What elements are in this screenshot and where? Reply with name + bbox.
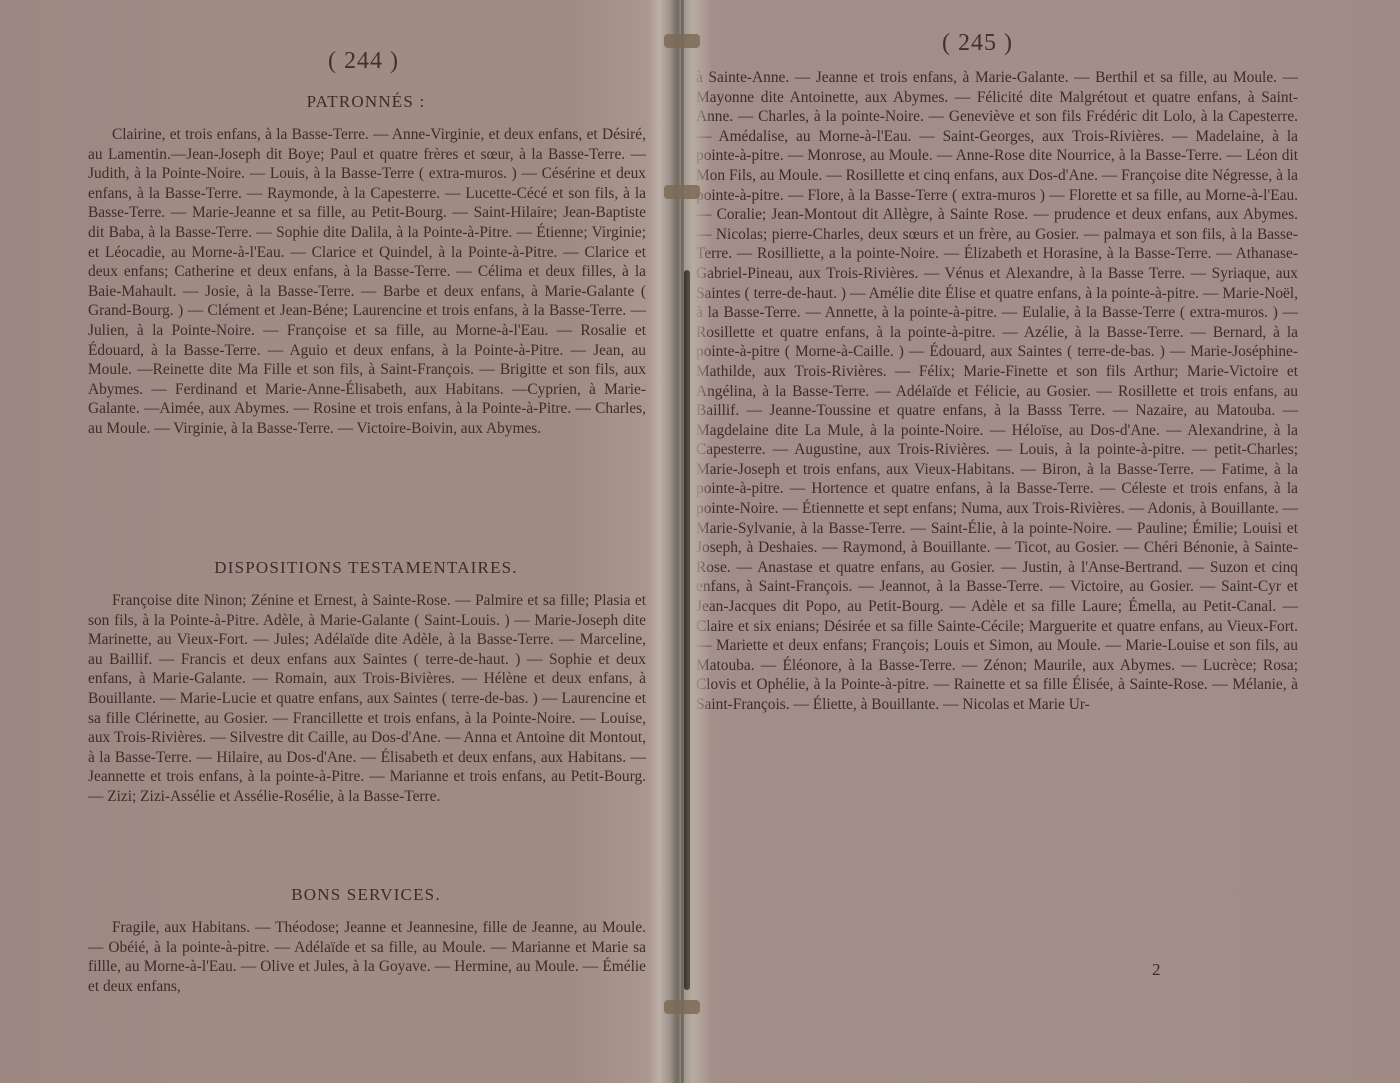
paragraph: Françoise dite Ninon; Zénine et Ernest, … xyxy=(88,591,646,807)
section-title-dispositions: DISPOSITIONS TESTAMENTAIRES. xyxy=(84,558,648,578)
binding-stitch xyxy=(664,185,700,199)
signature-mark: 2 xyxy=(1152,960,1161,980)
paragraph: à Sainte-Anne. — Jeanne et trois enfans,… xyxy=(696,68,1298,715)
binding-stitch xyxy=(664,34,700,48)
binding-stitch xyxy=(664,1000,700,1014)
section-title-bons-services: BONS SERVICES. xyxy=(84,885,648,905)
paragraph: Clairine, et trois enfans, à la Basse-Te… xyxy=(88,125,646,439)
section-title-patronnes: PATRONNÉS : xyxy=(84,92,648,112)
page-number-right: ( 245 ) xyxy=(942,30,1013,57)
right-page-body: à Sainte-Anne. — Jeanne et trois enfans,… xyxy=(696,68,1298,715)
section-body-dispositions: Françoise dite Ninon; Zénine et Ernest, … xyxy=(88,591,646,807)
left-page: ( 244 ) PATRONNÉS : Clairine, et trois e… xyxy=(0,0,668,1083)
page-number-left: ( 244 ) xyxy=(328,48,399,75)
right-page: ( 245 ) à Sainte-Anne. — Jeanne et trois… xyxy=(668,0,1400,1083)
section-body-patronnes: Clairine, et trois enfans, à la Basse-Te… xyxy=(88,125,646,439)
paragraph: Fragile, aux Habitans. — Théodose; Jeann… xyxy=(88,918,646,996)
book-binding-gutter xyxy=(648,0,712,1083)
binding-tear xyxy=(684,270,690,990)
section-body-bons-services: Fragile, aux Habitans. — Théodose; Jeann… xyxy=(88,918,646,996)
